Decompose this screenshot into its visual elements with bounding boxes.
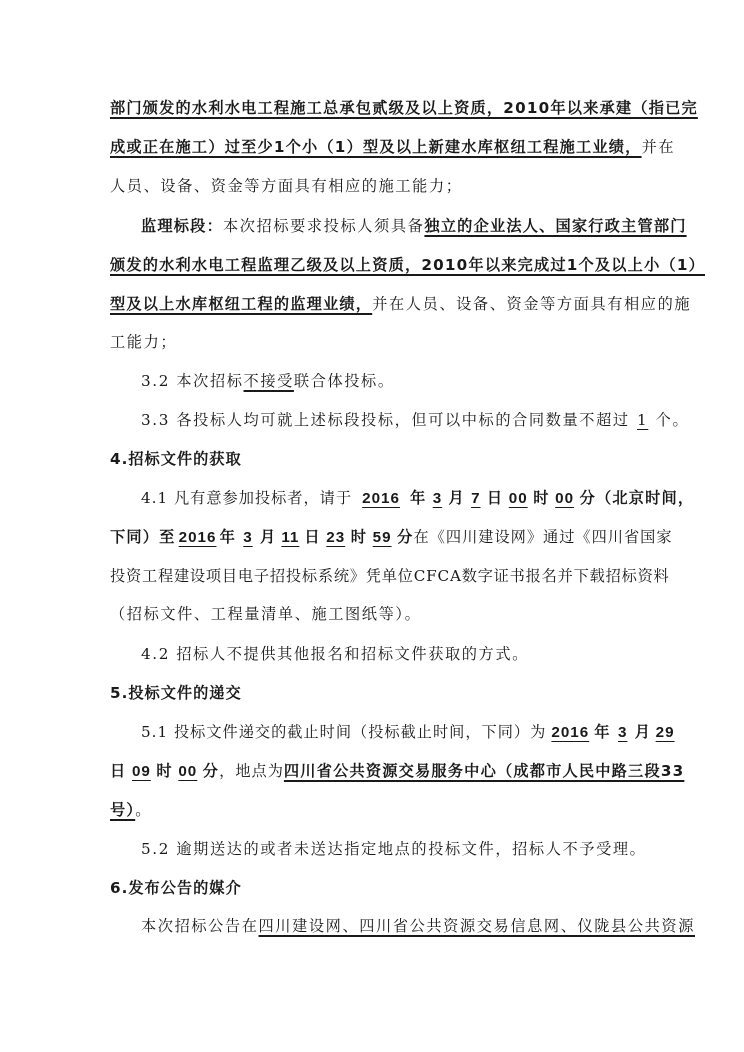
clause-5-2: 5.2 逾期送达的或者未送达指定地点的投标文件，招标人不予受理。 [141,837,646,861]
start-day: 7 [465,487,487,511]
section-4-heading: 4.招标文件的获取 [110,447,242,471]
unit-hour: 时 [533,489,549,507]
section-6-heading: 6.发布公告的媒介 [110,876,242,900]
section-6-media-line: 本次招标公告在四川建设网、四川省公共资源交易信息网、仪陇县公共资源 [141,914,695,938]
construction-experience-requirement: 成或正在施工）过至少1个小（1）型及以上新建水库枢纽工程施工业绩， [110,138,642,156]
construction-capability-line: 人员、设备、资金等方面具有相应的施工能力； [110,174,463,198]
construction-tail-text: 并在 [642,138,676,156]
construction-qualification-line2: 成或正在施工）过至少1个小（1）型及以上新建水库枢纽工程施工业绩，并在 [110,135,675,159]
clause-4-1-line1: 4.1 凡有意参加投标者，请于2016年3月7日00时00分（北京时间， [141,486,694,510]
clause-4-1-line2-tail: 在《四川建设网》通过《四川省国家 [414,528,673,546]
supervision-line1: 监理标段：本次招标要求投标人须具备独立的企业法人、国家行政主管部门 [141,214,687,238]
construction-qualification-line1: 部门颁发的水利水电工程施工总承包贰级及以上资质，2010年以来承建（指已完 [110,96,698,120]
section-5-heading: 5.投标文件的递交 [110,681,242,705]
clause-5-1-line2: 日09时00分，地点为四川省公共资源交易服务中心（成都市人民中路三段33 [110,759,684,783]
clause-4-2: 4.2 招标人不提供其他报名和招标文件获取的方式。 [141,642,529,666]
supervision-colon: ： [207,217,223,235]
unit-year: 年 [594,723,610,741]
media-intro: 本次招标公告在 [141,917,259,935]
clause-5-1-prefix: 5.1 投标文件递交的截止时间（投标截止时间，下同）为 [141,723,546,741]
submission-place-cont: 号） [110,801,135,819]
clause-3-3: 3.3 各投标人均可就上述标段投标，但可以中标的合同数量不超过1个。 [141,408,689,432]
deadline-month: 3 [611,721,635,745]
clause-3-3-count: 1 [630,408,656,432]
start-year: 2016 [352,487,410,511]
start-minute: 00 [550,487,580,511]
clause-5-1-end: 。 [135,801,152,819]
unit-hour: 时 [156,762,172,780]
unit-minute: 分 [580,489,596,507]
deadline-day: 29 [651,721,679,745]
end-hour: 23 [321,526,351,550]
clause-4-1-prefix: 4.1 凡有意参加投标者，请于 [141,489,352,507]
end-month: 3 [236,526,260,550]
end-year: 2016 [176,526,220,550]
clause-3-2-not-accepted: 不接受 [244,372,294,390]
clause-4-1-line4: （招标文件、工程量清单、施工图纸等）。 [110,602,421,626]
deadline-hour: 09 [126,760,156,784]
clause-3-3-prefix: 3.3 各投标人均可就上述标段投标，但可以中标的合同数量不超过 [141,411,630,429]
clause-3-2-prefix: 3.2 本次招标 [141,372,244,390]
unit-hour: 时 [351,528,367,546]
unit-year: 年 [220,528,236,546]
clause-3-3-suffix: 个。 [656,411,690,429]
supervision-intro: 本次招标要求投标人须具备 [223,217,424,235]
unit-month: 月 [448,489,464,507]
end-minute: 59 [367,526,397,550]
place-intro: ，地点为 [219,762,284,780]
unit-day: 日 [487,489,503,507]
supervision-experience-requirement: 型及以上水库枢纽工程的监理业绩， [110,295,372,313]
unit-year: 年 [410,489,426,507]
deadline-minute: 00 [173,760,203,784]
clause-3-2-suffix: 联合体投标。 [294,372,395,390]
supervision-label: 监理标段 [141,217,207,235]
start-hour: 00 [503,487,533,511]
start-month: 3 [426,487,448,511]
deadline-year: 2016 [546,721,594,745]
media-list: 四川建设网、四川省公共资源交易信息网、仪陇县公共资源 [259,917,695,935]
clause-3-2: 3.2 本次招标不接受联合体投标。 [141,369,395,393]
same-below-text: 下同）至 [110,528,176,546]
end-day: 11 [276,526,304,550]
unit-month: 月 [260,528,276,546]
supervision-legal-entity-requirement: 独立的企业法人、国家行政主管部门 [424,217,686,235]
beijing-time-note: （北京时间， [596,489,694,507]
clause-4-1-line3: 投资工程建设项目电子招投标系统》凭单位CFCA数字证书报名并下载招标资料 [110,564,670,588]
clause-5-1-line1: 5.1 投标文件递交的截止时间（投标截止时间，下同）为2016年3月29 [141,720,679,744]
supervision-line3: 型及以上水库枢纽工程的监理业绩，并在人员、设备、资金等方面具有相应的施 [110,292,691,316]
unit-day: 日 [304,528,320,546]
supervision-line2: 颁发的水利水电工程监理乙级及以上资质，2010年以来完成过1个及以上小（1） [110,253,705,277]
unit-minute: 分 [397,528,413,546]
unit-day: 日 [110,762,126,780]
clause-5-1-line3: 号）。 [110,798,152,822]
supervision-line4: 工能力； [110,330,177,354]
submission-place: 四川省公共资源交易服务中心（成都市人民中路三段33 [284,762,684,780]
clause-4-1-line2: 下同）至2016年3月11日23时59分在《四川建设网》通过《四川省国家 [110,525,673,549]
unit-month: 月 [635,723,651,741]
unit-minute: 分 [203,762,219,780]
supervision-tail-text: 并在人员、设备、资金等方面具有相应的施 [372,295,691,313]
